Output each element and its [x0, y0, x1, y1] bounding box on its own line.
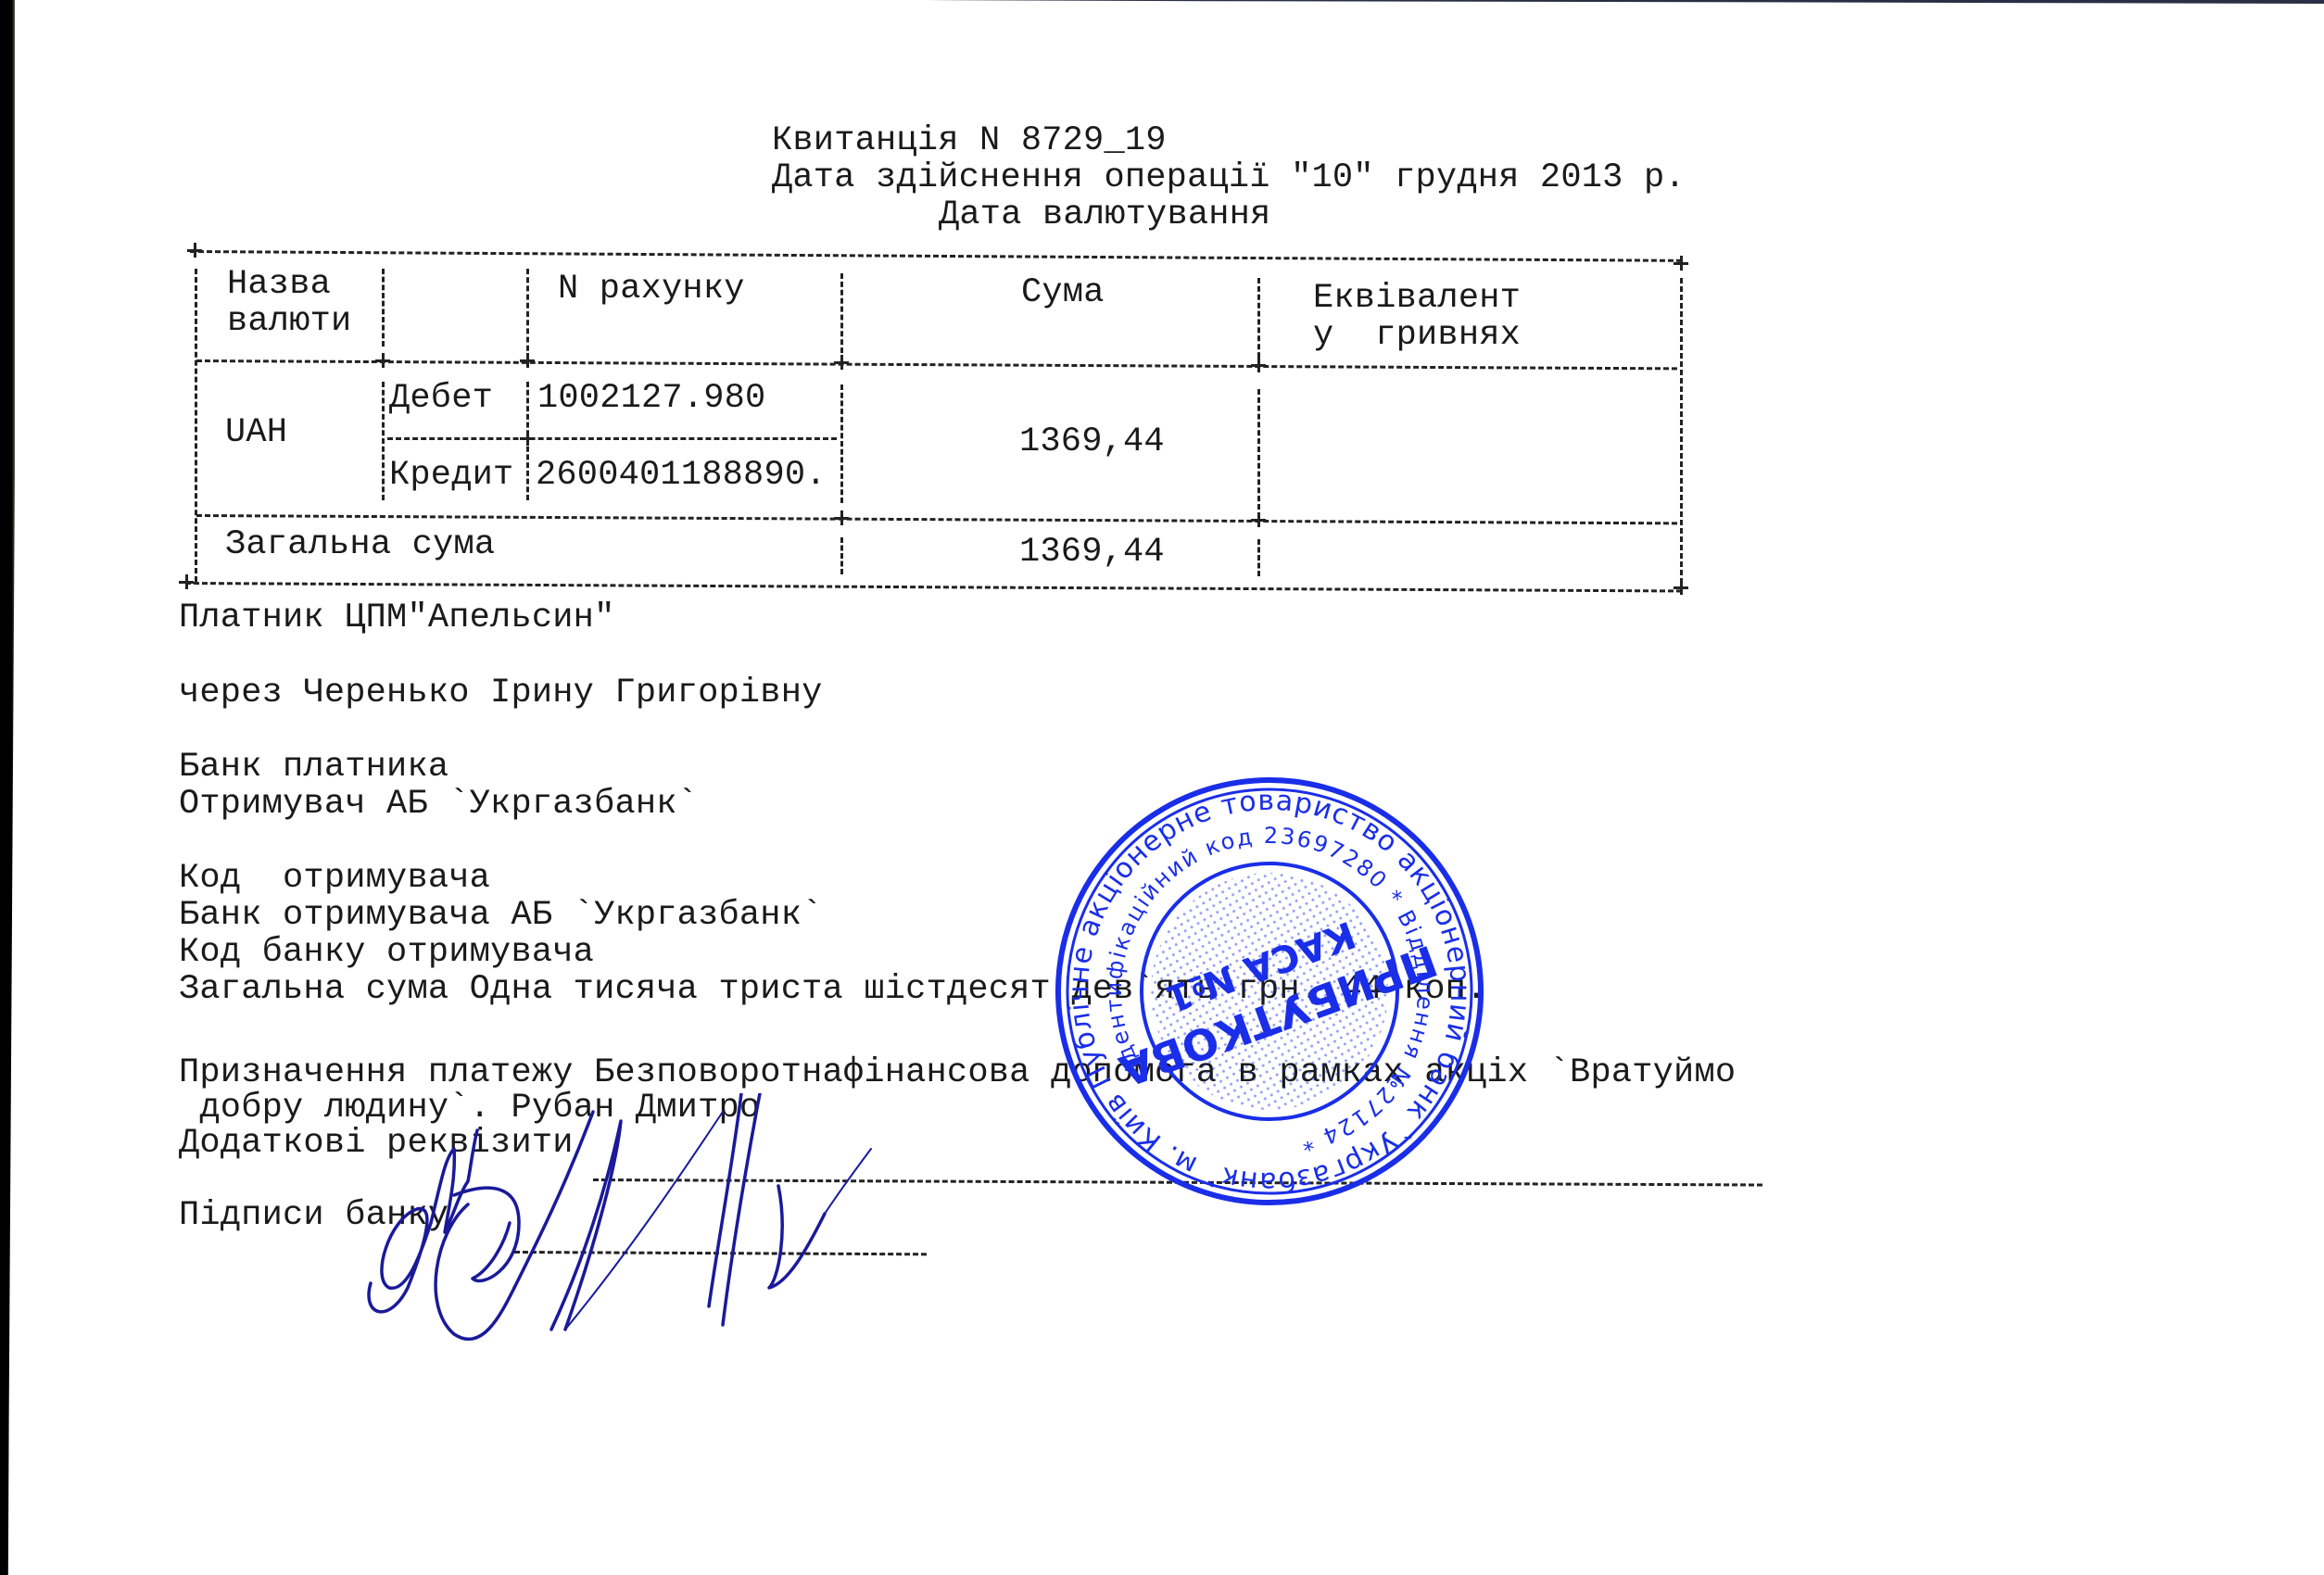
- table-col-sep-2-header: [526, 269, 529, 359]
- total-amount: 1369,44: [1019, 534, 1165, 571]
- scan-edge-left: [0, 0, 15, 1575]
- table-left-border: [195, 269, 197, 582]
- table-corner-bl: [179, 574, 194, 589]
- table-right-border: [1680, 278, 1683, 584]
- cell-debit-account: 1002127.980: [537, 380, 765, 417]
- table-top-border: [190, 250, 1682, 262]
- bank-stamp: Публічне акціонерне товариство акціонерн…: [1047, 769, 1492, 1214]
- table-col-sep-4-total: [1257, 539, 1260, 576]
- value-date-label: Дата валютування: [939, 196, 1270, 233]
- header-equivalent-2: у гривнях: [1313, 317, 1521, 354]
- table-junction: [520, 431, 535, 446]
- table-junction: [1251, 358, 1266, 372]
- cell-credit-label: Кредит: [389, 457, 513, 494]
- table-row-separator: [196, 514, 1677, 524]
- table-corner-tr: [1674, 256, 1688, 271]
- recipient-bank-code: Код банку отримувача: [179, 934, 594, 971]
- table-col-sep-1-header: [382, 269, 385, 346]
- table-col-sep-3-total: [840, 537, 843, 574]
- handwritten-signatures: [352, 1093, 1056, 1408]
- payment-purpose: Призначення платежу Безповоротнафінансов…: [179, 1054, 1736, 1091]
- cell-credit-account: 2600401188890.: [536, 457, 827, 494]
- table-corner-br: [1674, 580, 1688, 595]
- table-bottom-border: [185, 582, 1682, 592]
- table-col-sep-4-body: [1257, 389, 1260, 510]
- table-col-sep-1-body: [382, 382, 385, 500]
- operation-date: Дата здійснення операції "10" грудня 201…: [772, 159, 1686, 196]
- table-junction: [375, 353, 390, 368]
- table-debit-credit-separator: [387, 437, 837, 440]
- table-col-sep-3-body: [840, 384, 843, 503]
- header-currency-name: Назва: [227, 266, 331, 303]
- table-junction: [520, 353, 535, 368]
- receipt-title: Квитанція N 8729_19: [772, 122, 1167, 159]
- table-col-sep-3-header: [840, 273, 843, 361]
- payer-bank: Банк платника: [179, 749, 448, 786]
- table-corner-tl: [187, 243, 202, 258]
- cell-currency: UAH: [225, 414, 287, 451]
- payer-via: через Черенько Ірину Григорівну: [179, 674, 823, 712]
- scan-edge-top: [927, 0, 2324, 4]
- payer: Платник ЦПМ"Апельсин": [179, 599, 614, 636]
- header-amount: Сума: [1021, 274, 1105, 311]
- recipient-code: Код отримувача: [179, 860, 490, 897]
- table-header-separator: [196, 359, 1677, 370]
- table-junction: [834, 510, 849, 525]
- recipient-bank: Банк отримувача АБ `Укргазбанк`: [179, 897, 823, 934]
- recipient: Отримувач АБ `Укргазбанк`: [179, 786, 698, 823]
- header-account-number: N рахунку: [558, 271, 745, 308]
- cell-debit-label: Дебет: [389, 380, 493, 417]
- total-label: Загальна сума: [225, 526, 495, 563]
- header-currency-name-2: валюти: [227, 303, 351, 340]
- table-junction: [1251, 512, 1266, 527]
- header-equivalent: Еквівалент: [1313, 280, 1521, 317]
- cell-amount: 1369,44: [1019, 423, 1165, 460]
- table-col-sep-4-header: [1257, 278, 1260, 366]
- table-junction: [834, 355, 849, 370]
